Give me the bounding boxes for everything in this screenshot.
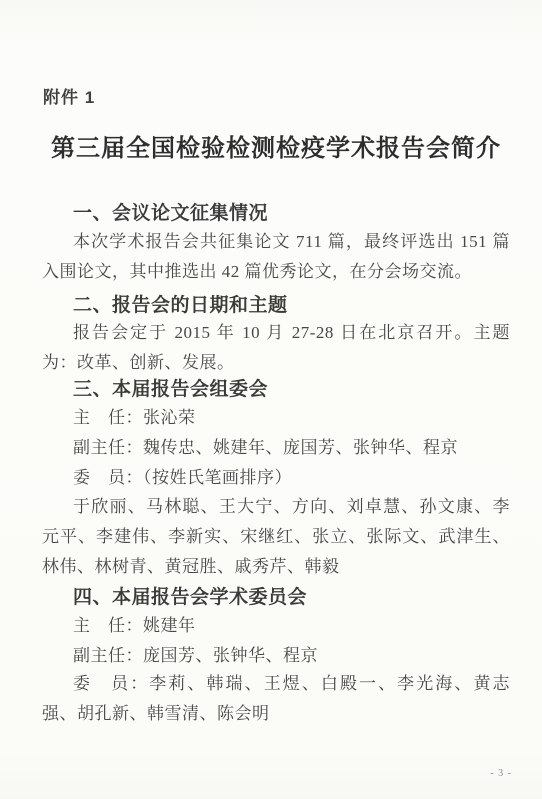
section-2-paragraph: 报告会定于 2015 年 10 月 27-28 日在北京召开。主题为：改革、创新… xyxy=(42,318,510,378)
attachment-label: 附件 1 xyxy=(43,83,95,108)
role-label-academic-vice-chair: 副主任： xyxy=(73,646,143,665)
role-label-academic-members: 委 员： xyxy=(73,674,149,693)
role-value-academic-chair: 姚建年 xyxy=(143,616,196,635)
section-1-heading: 一、会议论文征集情况 xyxy=(73,198,268,225)
org-committee-member-list: 于欣丽、马林聪、王大宁、方向、刘卓慧、孙文康、李元平、李建伟、李新实、宋继红、张… xyxy=(42,492,510,582)
section-4-heading: 四、本届报告会学术委员会 xyxy=(73,582,307,609)
section-1-paragraph: 本次学术报告会共征集论文 711 篇，最终评选出 151 篇入围论文，其中推选出… xyxy=(42,227,510,287)
document-title: 第三届全国检验检测检疫学术报告会简介 xyxy=(42,128,510,163)
scanned-document-page: 附件 1 第三届全国检验检测检疫学术报告会简介 一、会议论文征集情况 本次学术报… xyxy=(0,0,542,799)
academic-committee-chair-row: 主 任：姚建年 xyxy=(42,611,510,641)
page-number: - 3 - xyxy=(490,768,512,779)
section-3-heading: 三、本届报告会组委会 xyxy=(73,374,268,401)
role-value-chair: 张沁荣 xyxy=(143,408,196,427)
org-committee-vice-chair-row: 副主任：魏传忠、姚建年、庞国芳、张钟华、程京 xyxy=(42,433,510,463)
org-committee-chair-row: 主 任：张沁荣 xyxy=(42,403,510,433)
academic-committee-members-row: 委 员：李莉、韩瑞、王煜、白殿一、李光海、黄志强、胡孔新、韩雪清、陈会明 xyxy=(42,669,510,729)
role-label-vice-chair: 副主任： xyxy=(73,438,143,457)
role-value-members-note: （按姓氏笔画排序） xyxy=(143,468,292,487)
academic-committee-vice-chair-row: 副主任：庞国芳、张钟华、程京 xyxy=(42,641,510,671)
role-value-vice-chair: 魏传忠、姚建年、庞国芳、张钟华、程京 xyxy=(143,438,458,457)
role-label-academic-chair: 主 任： xyxy=(73,616,143,635)
role-label-members: 委 员： xyxy=(73,468,143,487)
role-label-chair: 主 任： xyxy=(73,408,143,427)
org-committee-members-row: 委 员：（按姓氏笔画排序） xyxy=(42,463,510,493)
section-2-heading: 二、报告会的日期和主题 xyxy=(73,290,288,317)
role-value-academic-vice-chair: 庞国芳、张钟华、程京 xyxy=(143,646,318,665)
